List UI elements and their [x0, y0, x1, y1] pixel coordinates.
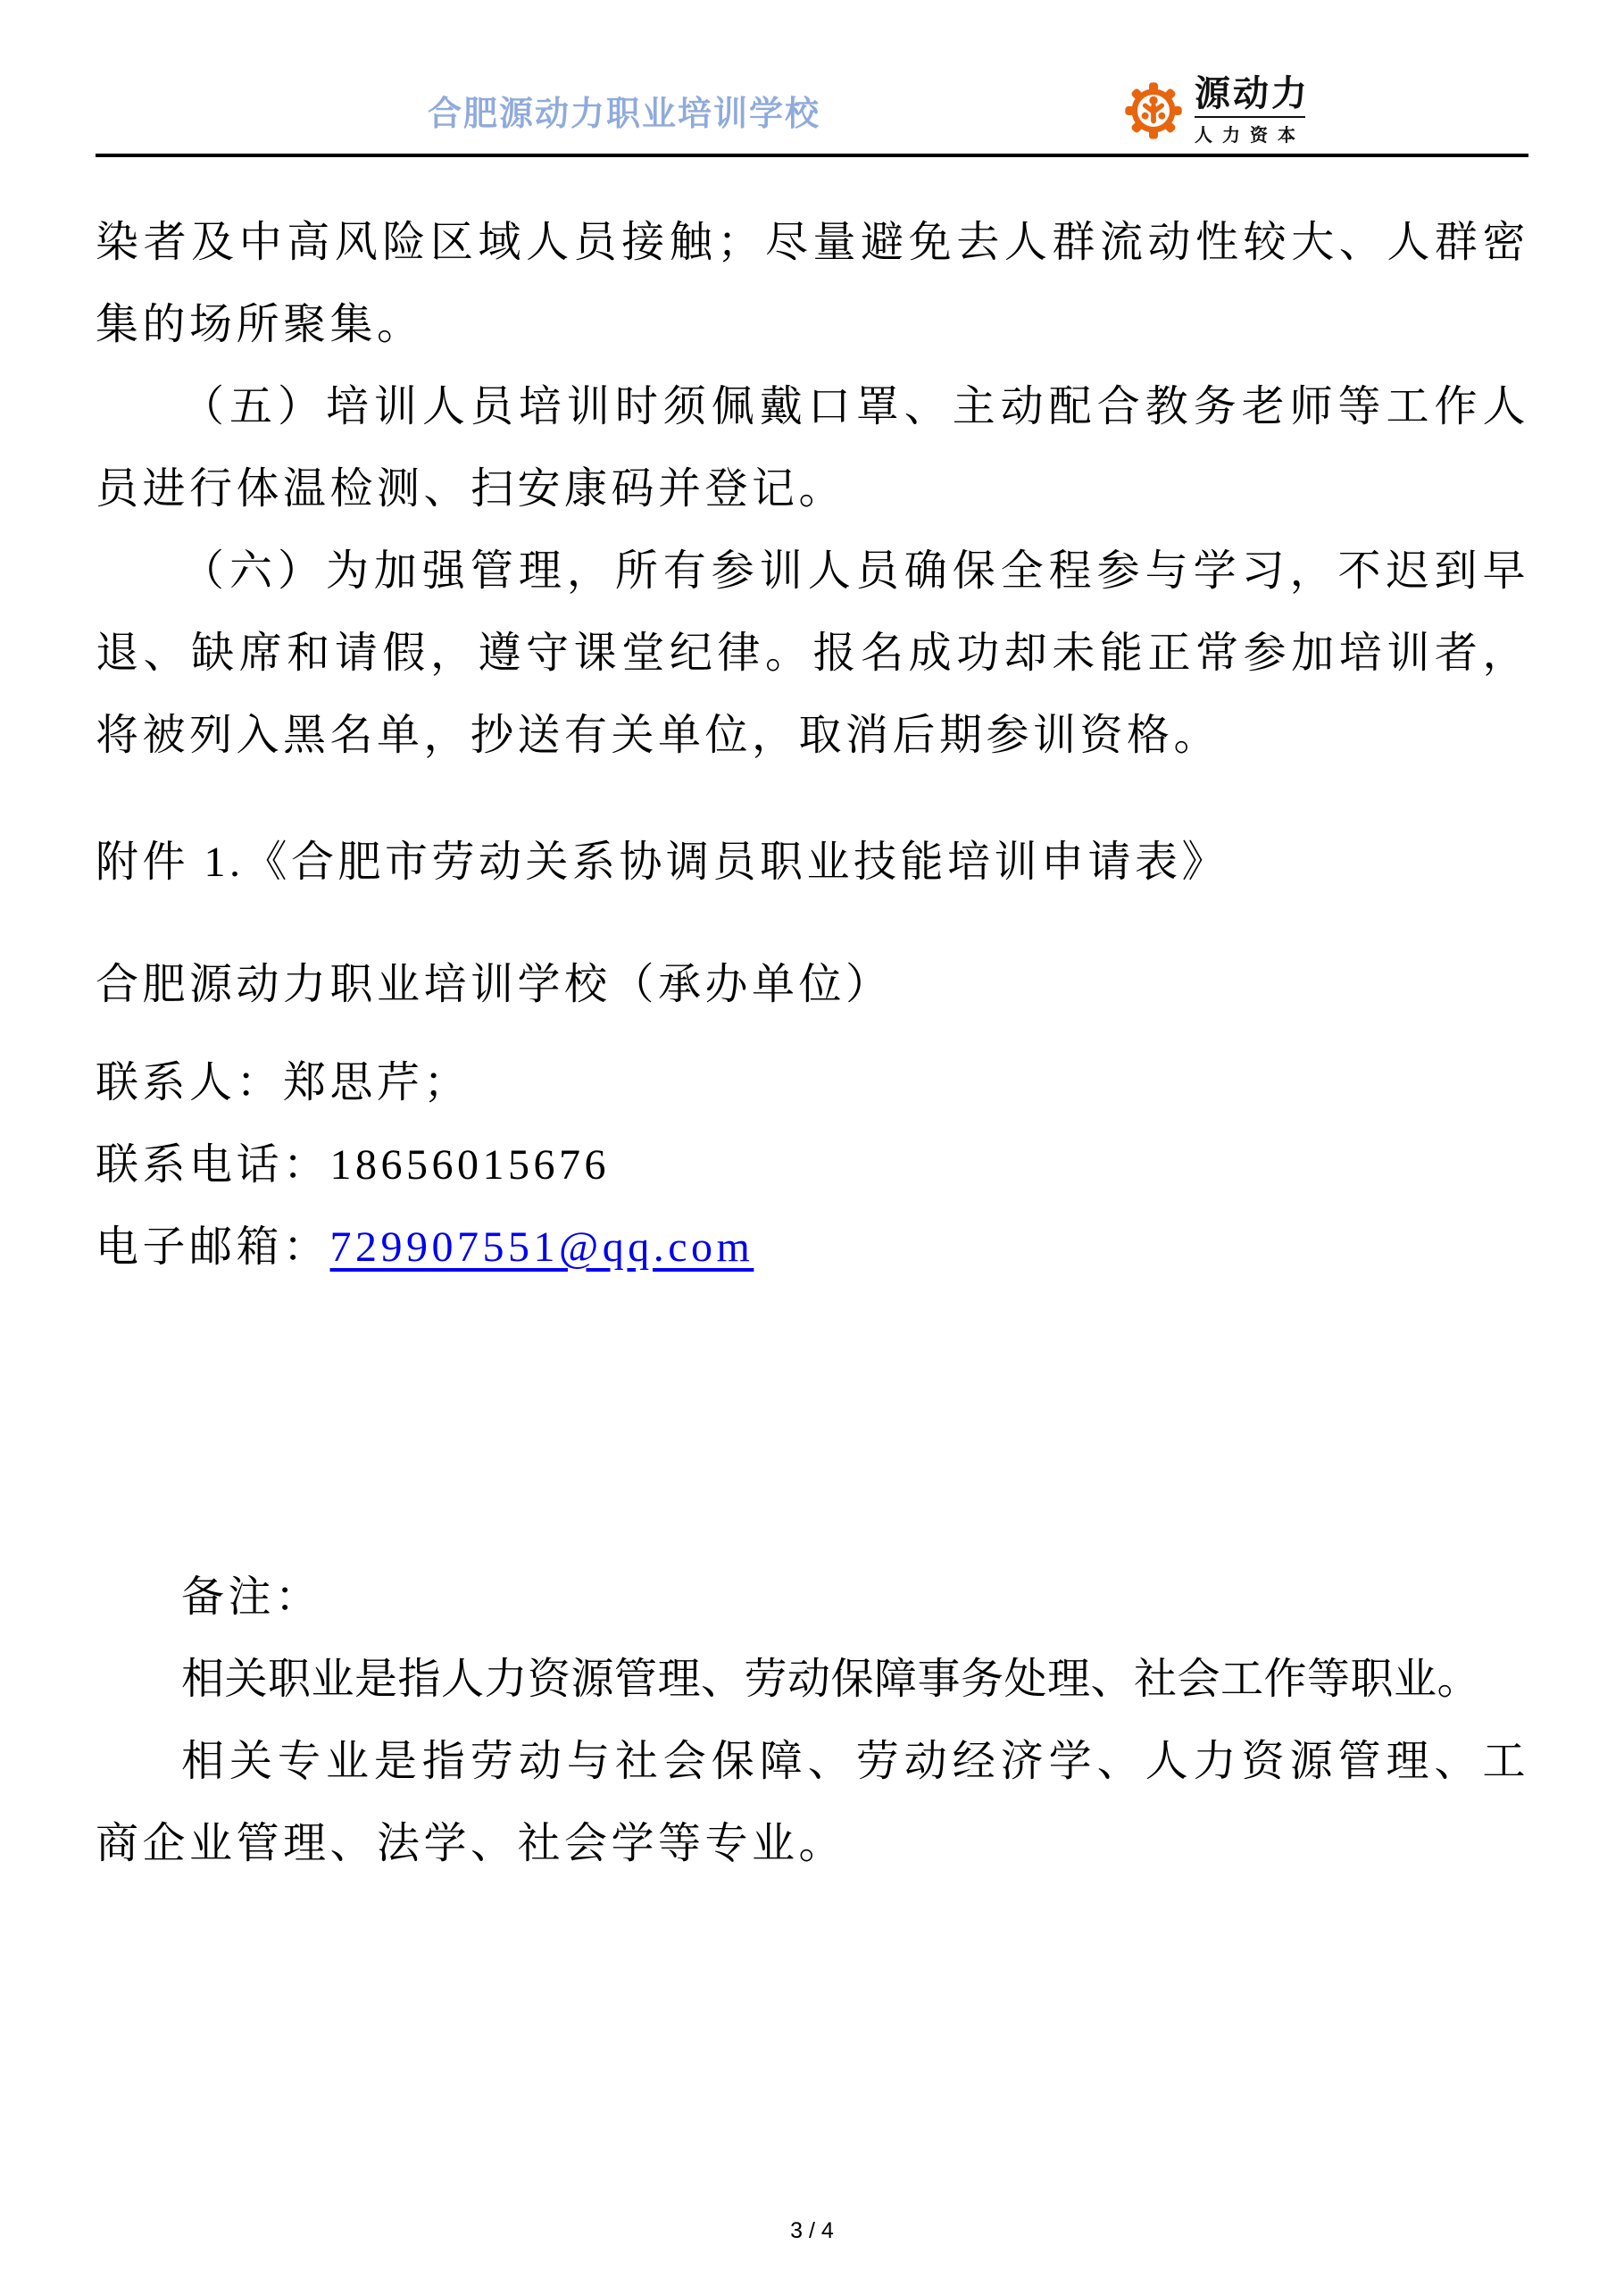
notes-title: 备注： — [96, 1557, 1529, 1639]
page-number: 3 / 4 — [790, 2218, 834, 2243]
paragraph-item-five: （五）培训人员培训时须佩戴口罩、主动配合教务老师等工作人员进行体温检测、扫安康码… — [96, 366, 1529, 530]
page-footer: 3 / 4 — [0, 2218, 1624, 2244]
logo-brand-subtext: 人力资本 — [1195, 116, 1305, 146]
gear-person-icon — [1121, 79, 1186, 143]
page-header: 合肥源动力职业培训学校 — [96, 0, 1528, 157]
paragraph-continuation: 染者及中高风险区域人员接触；尽量避免去人群流动性较大、人群密集的场所聚集。 — [96, 202, 1529, 366]
contact-phone-line: 联系电话：18656015676 — [96, 1124, 1529, 1206]
logo-text: 源动力 人力资本 — [1195, 75, 1310, 146]
email-line: 电子邮箱：729907551@qq.com — [96, 1206, 1529, 1289]
note-occupations: 相关职业是指人力资源管理、劳动保障事务处理、社会工作等职业。 — [96, 1639, 1529, 1721]
organizer-line: 合肥源动力职业培训学校（承办单位） — [96, 944, 1529, 1026]
logo: 源动力 人力资本 — [1121, 75, 1310, 146]
email-link[interactable]: 729907551@qq.com — [330, 1223, 754, 1271]
contact-person-line: 联系人：郑思芹； — [96, 1042, 1529, 1124]
note-majors: 相关专业是指劳动与社会保障、劳动经济学、人力资源管理、工商企业管理、法学、社会学… — [96, 1721, 1529, 1885]
document-body: 染者及中高风险区域人员接触；尽量避免去人群流动性较大、人群密集的场所聚集。 （五… — [0, 157, 1624, 1885]
document-page: 合肥源动力职业培训学校 — [0, 0, 1624, 2287]
attachment-line: 附件 1.《合肥市劳动关系协调员职业技能培训申请表》 — [96, 822, 1529, 904]
email-label: 电子邮箱： — [96, 1223, 330, 1271]
paragraph-item-six: （六）为加强管理，所有参训人员确保全程参与学习，不迟到早退、缺席和请假，遵守课堂… — [96, 530, 1529, 777]
header-title: 合肥源动力职业培训学校 — [428, 86, 820, 135]
logo-brand-text: 源动力 — [1195, 75, 1310, 113]
